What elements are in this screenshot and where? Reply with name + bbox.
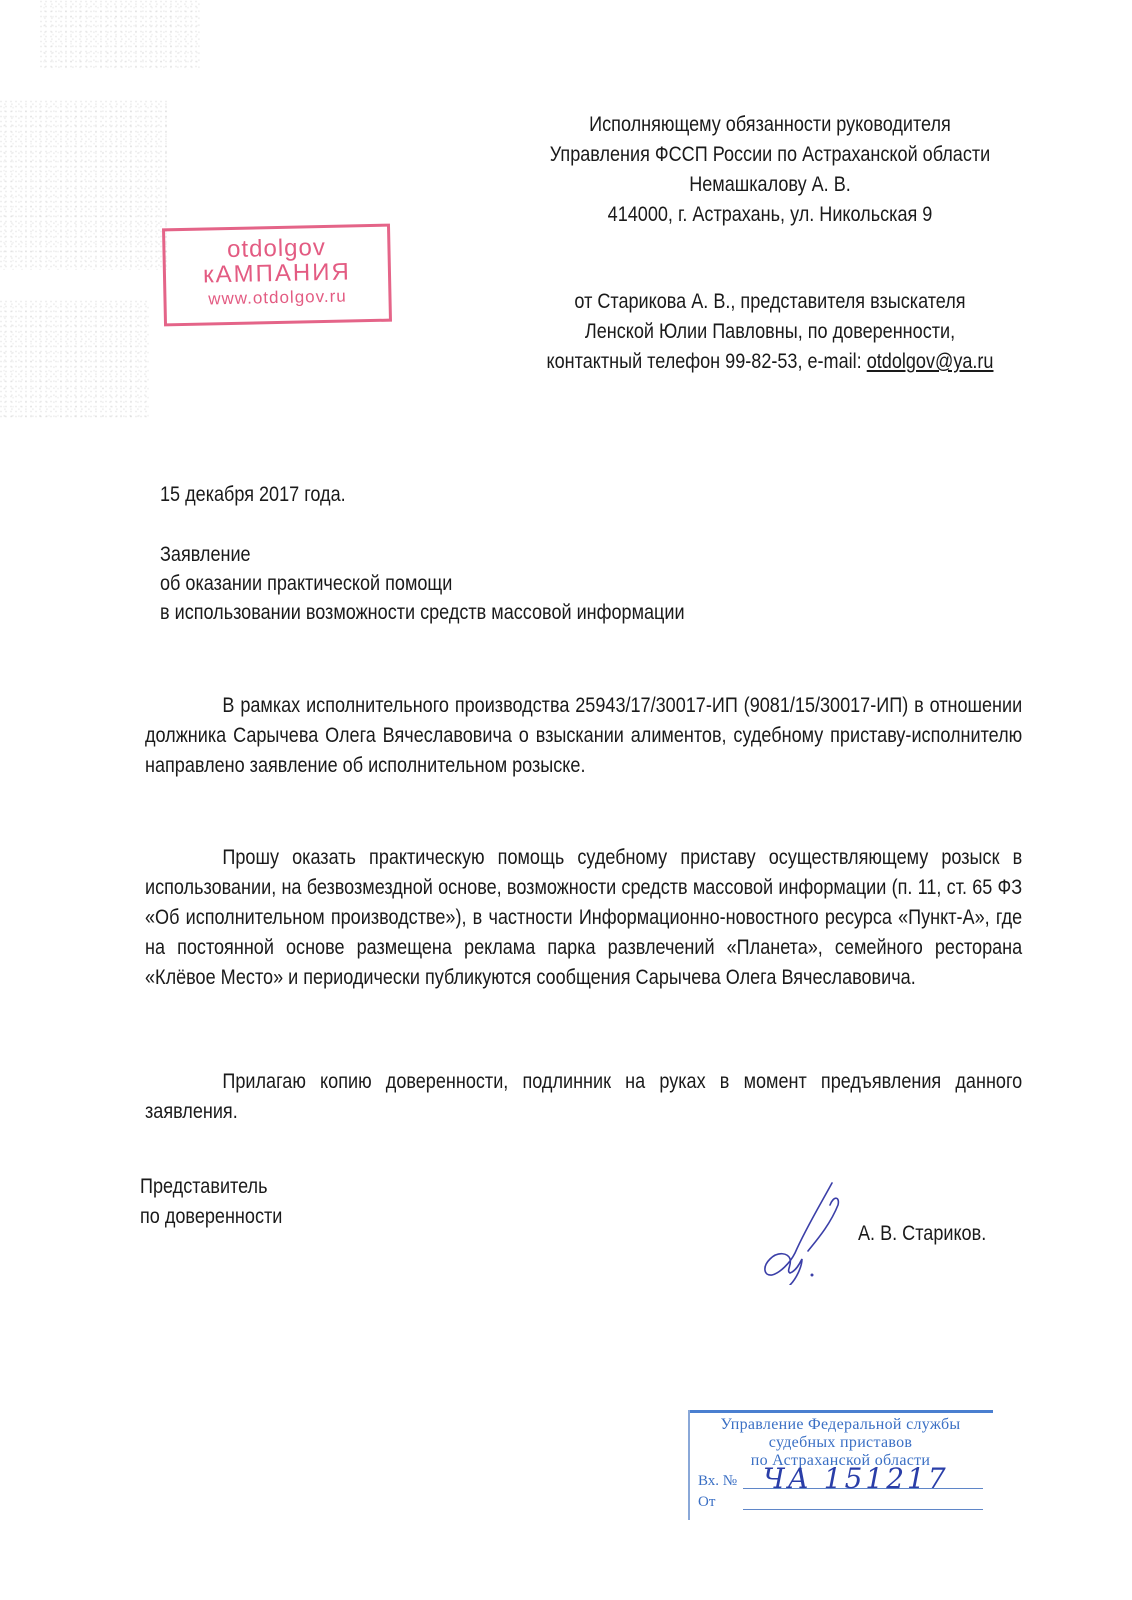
signer-role: Представитель по доверенности bbox=[140, 1172, 282, 1232]
handwritten-signature-icon bbox=[750, 1175, 850, 1285]
sender-line: Ленской Юлии Павловны, по доверенности, bbox=[529, 317, 1011, 347]
stamp-number-label: Вх. № bbox=[698, 1472, 737, 1490]
title-line: в использовании возможности средств масс… bbox=[160, 598, 685, 627]
stamp-handwritten-number: ЧА 151217 bbox=[763, 1462, 949, 1495]
signer-name: А. В. Стариков. bbox=[858, 1222, 986, 1246]
signer-role-line: Представитель bbox=[140, 1172, 282, 1202]
title-line: об оказании практической помощи bbox=[160, 569, 685, 598]
scan-noise bbox=[40, 0, 200, 70]
title-line: Заявление bbox=[160, 540, 685, 569]
stamp-org-line: судебных приставов bbox=[688, 1434, 993, 1452]
sender-contact-line: контактный телефон 99-82-53, e-mail: otd… bbox=[529, 347, 1011, 377]
sender-phone: контактный телефон 99-82-53, e-mail: bbox=[547, 350, 867, 373]
addressee-line: 414000, г. Астрахань, ул. Никольская 9 bbox=[529, 200, 1011, 230]
company-stamp-url: www.otdolgov.ru bbox=[166, 285, 388, 312]
stamp-from-label: От bbox=[698, 1493, 715, 1511]
sender-line: от Старикова А. В., представителя взыска… bbox=[529, 287, 1011, 317]
signer-role-line: по доверенности bbox=[140, 1202, 282, 1232]
stamp-rule bbox=[743, 1509, 983, 1510]
scan-noise bbox=[0, 300, 150, 420]
stamp-org-line: Управление Федеральной службы bbox=[688, 1416, 993, 1434]
addressee-line: Немашкалову А. В. bbox=[529, 170, 1011, 200]
body-paragraph: Прошу оказать практическую помощь судебн… bbox=[145, 843, 1022, 993]
stamp-border bbox=[688, 1410, 993, 1413]
addressee-line: Управления ФССП России по Астраханской о… bbox=[529, 140, 1011, 170]
document-title: Заявление об оказании практической помощ… bbox=[160, 540, 685, 627]
scan-noise bbox=[0, 100, 170, 270]
company-stamp: otdolgov кАМПАНИЯ www.otdolgov.ru bbox=[162, 224, 392, 327]
document-date: 15 декабря 2017 года. bbox=[160, 483, 346, 507]
body-paragraph: Прилагаю копию доверенности, подлинник н… bbox=[145, 1067, 1022, 1127]
sender-email-link[interactable]: otdolgov@ya.ru bbox=[867, 350, 994, 373]
sender-block: от Старикова А. В., представителя взыска… bbox=[529, 287, 1011, 377]
addressee-block: Исполняющему обязанности руководителя Уп… bbox=[529, 110, 1011, 230]
addressee-line: Исполняющему обязанности руководителя bbox=[529, 110, 1011, 140]
incoming-registration-stamp: Управление Федеральной службы судебных п… bbox=[688, 1410, 993, 1520]
document-page: Исполняющему обязанности руководителя Уп… bbox=[0, 0, 1132, 1600]
body-paragraph: В рамках исполнительного производства 25… bbox=[145, 691, 1022, 781]
